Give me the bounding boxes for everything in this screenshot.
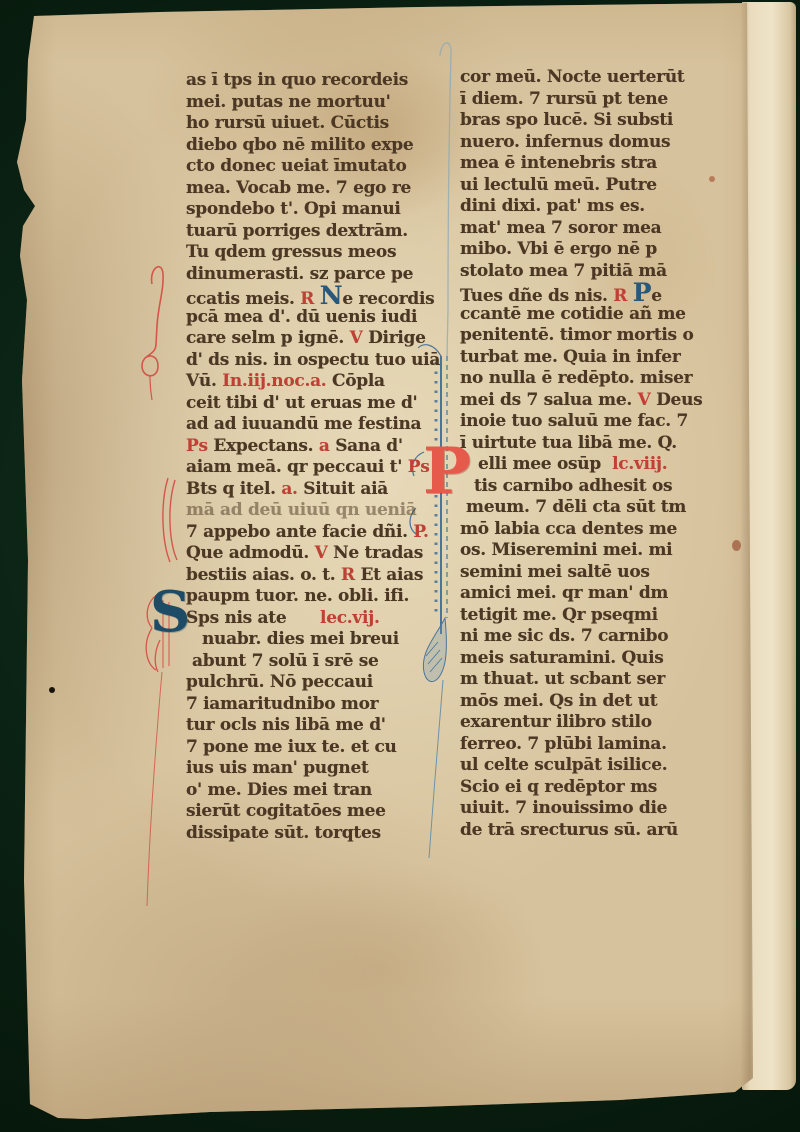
text-segment: turbat me. Quia in infer <box>460 347 680 367</box>
text-segment: amici mei. qr man' dm <box>460 583 668 603</box>
text-segment: mat' mea 7 soror mea <box>460 218 661 238</box>
dropcap-initial-S: S <box>150 584 190 640</box>
text-segment: de trā srecturus sū. arū <box>460 820 678 840</box>
text-segment: Expectans. <box>213 436 318 456</box>
manuscript-line: tuarū porriges dextrām. <box>186 221 448 243</box>
text-segment: o' me. Dies mei tran <box>186 780 372 800</box>
manuscript-line: mea. Vocab me. 7 ego re <box>186 178 448 200</box>
text-segment: uiuit. 7 inouissimo die <box>460 798 667 818</box>
text-segment: Scio ei q redēptor ms <box>460 777 657 797</box>
manuscript-line: ī uirtute tua libā me. Q. <box>460 433 722 455</box>
text-segment: dissipate sūt. torqtes <box>186 823 381 843</box>
red-filigree <box>142 267 177 906</box>
text-segment: mea ē intenebris stra <box>460 153 657 173</box>
text-segment: nuero. infernus domus <box>460 132 670 152</box>
text-segment: meis saturamini. Quis <box>460 648 664 668</box>
parchment-stain <box>220 860 540 1080</box>
manuscript-line: 7 iamaritudnibo mor <box>186 694 448 716</box>
text-segment: ī diem. 7 rursū pt tene <box>460 89 668 109</box>
manuscript-line: ho rursū uiuet. Cūctis <box>186 113 448 135</box>
manuscript-line: Tues dñe ds nis. R Pe <box>460 282 722 304</box>
manuscript-line: Sps nis ate lec.vij. <box>186 608 448 630</box>
manuscript-line: meis saturamini. Quis <box>460 648 722 670</box>
manuscript-line: ul celte sculpāt isilice. <box>460 755 722 777</box>
text-segment: Bts q itel. <box>186 479 281 499</box>
rubric-segment: lc.viij. <box>612 454 667 474</box>
manuscript-line: m thuat. ut scbant ser <box>460 669 722 691</box>
text-segment: elli mee osūp <box>478 454 612 474</box>
text-segment: dini dixi. pat' ms es. <box>460 196 645 216</box>
text-segment: ius uis man' pugnet <box>186 758 369 778</box>
text-segment: os. Miseremini mei. mi <box>460 540 672 560</box>
text-segment: m thuat. ut scbant ser <box>460 669 665 689</box>
text-segment: ceit tibi d' ut eruas me d' <box>186 393 417 413</box>
manuscript-line: tur ocls nis libā me d' <box>186 715 448 737</box>
manuscript-line: mei ds 7 salua me. V Deus <box>460 390 722 412</box>
manuscript-line: dinumerasti. sz parce pe <box>186 264 448 286</box>
text-segment: exarentur ilibro stilo <box>460 712 652 732</box>
text-segment: mea. Vocab me. 7 ego re <box>186 178 411 198</box>
manuscript-line: mea ē intenebris stra <box>460 153 722 175</box>
manuscript-line: sierūt cogitatōes mee <box>186 801 448 823</box>
text-segment: ul celte sculpāt isilice. <box>460 755 667 775</box>
text-segment: tetigit me. Qr pseqmi <box>460 605 658 625</box>
text-segment: paupm tuor. ne. obli. ifi. <box>186 586 409 606</box>
text-segment: 7 pone me iux te. et cu <box>186 737 397 757</box>
manuscript-line: tis carnibo adhesit os <box>460 476 722 498</box>
text-segment: ī uirtute tua libā me. Q. <box>460 433 677 453</box>
manuscript-line: pcā mea d'. dū uenis iudi <box>186 307 448 329</box>
rubric-segment: lec.vij. <box>286 608 379 628</box>
manuscript-line: no nulla ē redēpto. miser <box>460 368 722 390</box>
manuscript-line: dini dixi. pat' ms es. <box>460 196 722 218</box>
manuscript-line: Bts q itel. a. Situit aiā <box>186 479 448 501</box>
manuscript-line: semini mei saltē uos <box>460 562 722 584</box>
manuscript-line: amici mei. qr man' dm <box>460 583 722 605</box>
rubric-segment: In.iij.noc.a. <box>222 371 332 391</box>
text-segment: care selm p ignē. <box>186 328 350 348</box>
manuscript-line: ceit tibi d' ut eruas me d' <box>186 393 448 415</box>
text-segment: cor meū. Nocte uerterūt <box>460 67 684 87</box>
text-segment: penitentē. timor mortis o <box>460 325 694 345</box>
text-segment: mā ad deū uiuū qn ueniā <box>186 500 416 520</box>
rubric-segment: Ps <box>186 436 213 456</box>
rubric-segment: P. <box>413 522 428 542</box>
rubric-segment: V <box>350 328 369 348</box>
text-segment: mibo. Vbi ē ergo nē p <box>460 239 657 259</box>
text-segment: ccantē me cotidie añ me <box>460 304 686 324</box>
manuscript-page: S P as ī tps in quo recordeismei. putas … <box>0 0 800 1132</box>
text-segment: mōs mei. Qs in det ut <box>460 691 657 711</box>
text-segment: bras spo lucē. Si substi <box>460 110 673 130</box>
text-segment: 7 appebo ante facie dñi. <box>186 522 413 542</box>
manuscript-line: cor meū. Nocte uerterūt <box>460 67 722 89</box>
manuscript-line: turbat me. Quia in infer <box>460 347 722 369</box>
rubric-segment: V <box>638 390 657 410</box>
rubric-segment: Ps <box>408 457 430 477</box>
left-text-column: as ī tps in quo recordeismei. putas ne m… <box>186 70 448 844</box>
text-segment: Dirige <box>368 328 426 348</box>
text-segment: Sps nis ate <box>186 608 286 628</box>
manuscript-line: Scio ei q redēptor ms <box>460 777 722 799</box>
manuscript-line: ī diem. 7 rursū pt tene <box>460 89 722 111</box>
manuscript-line: de trā srecturus sū. arū <box>460 820 722 842</box>
text-segment: 7 iamaritudnibo mor <box>186 694 378 714</box>
manuscript-line: os. Miseremini mei. mi <box>460 540 722 562</box>
manuscript-line: pulchrū. Nō peccaui <box>186 672 448 694</box>
text-segment: no nulla ē redēpto. miser <box>460 368 692 388</box>
manuscript-line: Vū. In.iij.noc.a. Cōpla <box>186 371 448 393</box>
manuscript-line: penitentē. timor mortis o <box>460 325 722 347</box>
manuscript-line: uiuit. 7 inouissimo die <box>460 798 722 820</box>
text-segment: cto donec ueiat īmutato <box>186 156 407 176</box>
manuscript-line: nuabr. dies mei breui <box>186 629 448 651</box>
manuscript-line: 7 pone me iux te. et cu <box>186 737 448 759</box>
text-segment: meum. 7 dēli cta sūt tm <box>466 497 686 517</box>
manuscript-line: tetigit me. Qr pseqmi <box>460 605 722 627</box>
ink-dot <box>49 687 55 693</box>
text-segment: mei ds 7 salua me. <box>460 390 638 410</box>
right-text-column: cor meū. Nocte uerterūtī diem. 7 rursū p… <box>460 67 722 841</box>
text-segment: spondebo t'. Opi manui <box>186 199 401 219</box>
manuscript-line: abunt 7 solū ī srē se <box>186 651 448 673</box>
manuscript-line: bras spo lucē. Si substi <box>460 110 722 132</box>
manuscript-line: mō labia cca dentes me <box>460 519 722 541</box>
text-segment: Ne tradas <box>333 543 423 563</box>
rust-speck <box>732 540 741 551</box>
text-segment: ad ad iuuandū me festina <box>186 414 421 434</box>
text-segment: tis carnibo adhesit os <box>474 476 672 496</box>
rubric-segment: a. <box>281 479 303 499</box>
manuscript-line: ni me sic ds. 7 carnibo <box>460 626 722 648</box>
text-segment: ho rursū uiuet. Cūctis <box>186 113 389 133</box>
text-segment: Situit aiā <box>303 479 388 499</box>
manuscript-line: diebo qbo nē milito expe <box>186 135 448 157</box>
photo-background: S P as ī tps in quo recordeismei. putas … <box>0 0 800 1132</box>
manuscript-line: inoie tuo saluū me fac. 7 <box>460 411 722 433</box>
manuscript-line: mā ad deū uiuū qn ueniā <box>186 500 448 522</box>
manuscript-line: Que admodū. V Ne tradas <box>186 543 448 565</box>
text-segment: bestiis aias. o. t. <box>186 565 341 585</box>
manuscript-line: as ī tps in quo recordeis <box>186 70 448 92</box>
text-segment: tuarū porriges dextrām. <box>186 221 408 241</box>
manuscript-line: ius uis man' pugnet <box>186 758 448 780</box>
manuscript-line: bestiis aias. o. t. R Et aias <box>186 565 448 587</box>
manuscript-line: dissipate sūt. torqtes <box>186 823 448 845</box>
text-segment: diebo qbo nē milito expe <box>186 135 413 155</box>
text-segment: dinumerasti. sz parce pe <box>186 264 413 284</box>
text-segment: mō labia cca dentes me <box>460 519 677 539</box>
text-segment: Vū. <box>186 371 222 391</box>
manuscript-line: ccatis meis. R Ne recordis <box>186 285 448 307</box>
manuscript-line: stolato mea 7 pitiā mā <box>460 261 722 283</box>
manuscript-line: ferreo. 7 plūbi lamina. <box>460 734 722 756</box>
manuscript-line: exarentur ilibro stilo <box>460 712 722 734</box>
manuscript-line: mat' mea 7 soror mea <box>460 218 722 240</box>
rubric-segment: a <box>319 436 335 456</box>
manuscript-line: cto donec ueiat īmutato <box>186 156 448 178</box>
rubric-segment: V <box>315 543 334 563</box>
manuscript-line: Ps Expectans. a Sana d' <box>186 436 448 458</box>
manuscript-line: Tu qdem gressus meos <box>186 242 448 264</box>
text-segment: ni me sic ds. 7 carnibo <box>460 626 668 646</box>
text-segment: Tu qdem gressus meos <box>186 242 396 262</box>
text-segment: d' ds nis. in ospectu tuo uiā <box>186 350 440 370</box>
text-segment: tur ocls nis libā me d' <box>186 715 386 735</box>
manuscript-line: d' ds nis. in ospectu tuo uiā <box>186 350 448 372</box>
text-segment: Sana d' <box>335 436 403 456</box>
manuscript-line: mibo. Vbi ē ergo nē p <box>460 239 722 261</box>
manuscript-line: care selm p ignē. V Dirige <box>186 328 448 350</box>
manuscript-line: mōs mei. Qs in det ut <box>460 691 722 713</box>
text-segment: pulchrū. Nō peccaui <box>186 672 373 692</box>
manuscript-line: ad ad iuuandū me festina <box>186 414 448 436</box>
manuscript-line: aiam meā. qr peccaui t' Ps <box>186 457 448 479</box>
text-segment: sierūt cogitatōes mee <box>186 801 386 821</box>
manuscript-line: ui lectulū meū. Putre <box>460 175 722 197</box>
text-segment: ferreo. 7 plūbi lamina. <box>460 734 667 754</box>
text-segment: Et aias <box>360 565 423 585</box>
text-segment: Deus <box>656 390 702 410</box>
text-segment: ui lectulū meū. Putre <box>460 175 657 195</box>
manuscript-line: mei. putas ne mortuu' <box>186 92 448 114</box>
manuscript-line: spondebo t'. Opi manui <box>186 199 448 221</box>
text-segment: Cōpla <box>332 371 385 391</box>
text-segment: inoie tuo saluū me fac. 7 <box>460 411 688 431</box>
manuscript-line: o' me. Dies mei tran <box>186 780 448 802</box>
text-segment: Que admodū. <box>186 543 315 563</box>
text-segment: mei. putas ne mortuu' <box>186 92 391 112</box>
text-segment: nuabr. dies mei breui <box>202 629 399 649</box>
manuscript-line: nuero. infernus domus <box>460 132 722 154</box>
text-segment: as ī tps in quo recordeis <box>186 70 408 90</box>
text-segment: abunt 7 solū ī srē se <box>192 651 379 671</box>
text-segment: aiam meā. qr peccaui t' <box>186 457 408 477</box>
text-segment: semini mei saltē uos <box>460 562 650 582</box>
manuscript-line: paupm tuor. ne. obli. ifi. <box>186 586 448 608</box>
text-segment: pcā mea d'. dū uenis iudi <box>186 307 417 327</box>
rubric-segment: R <box>341 565 360 585</box>
manuscript-line: ccantē me cotidie añ me <box>460 304 722 326</box>
manuscript-line: 7 appebo ante facie dñi. P. <box>186 522 448 544</box>
manuscript-line: elli mee osūp lc.viij. <box>460 454 722 476</box>
manuscript-line: meum. 7 dēli cta sūt tm <box>460 497 722 519</box>
